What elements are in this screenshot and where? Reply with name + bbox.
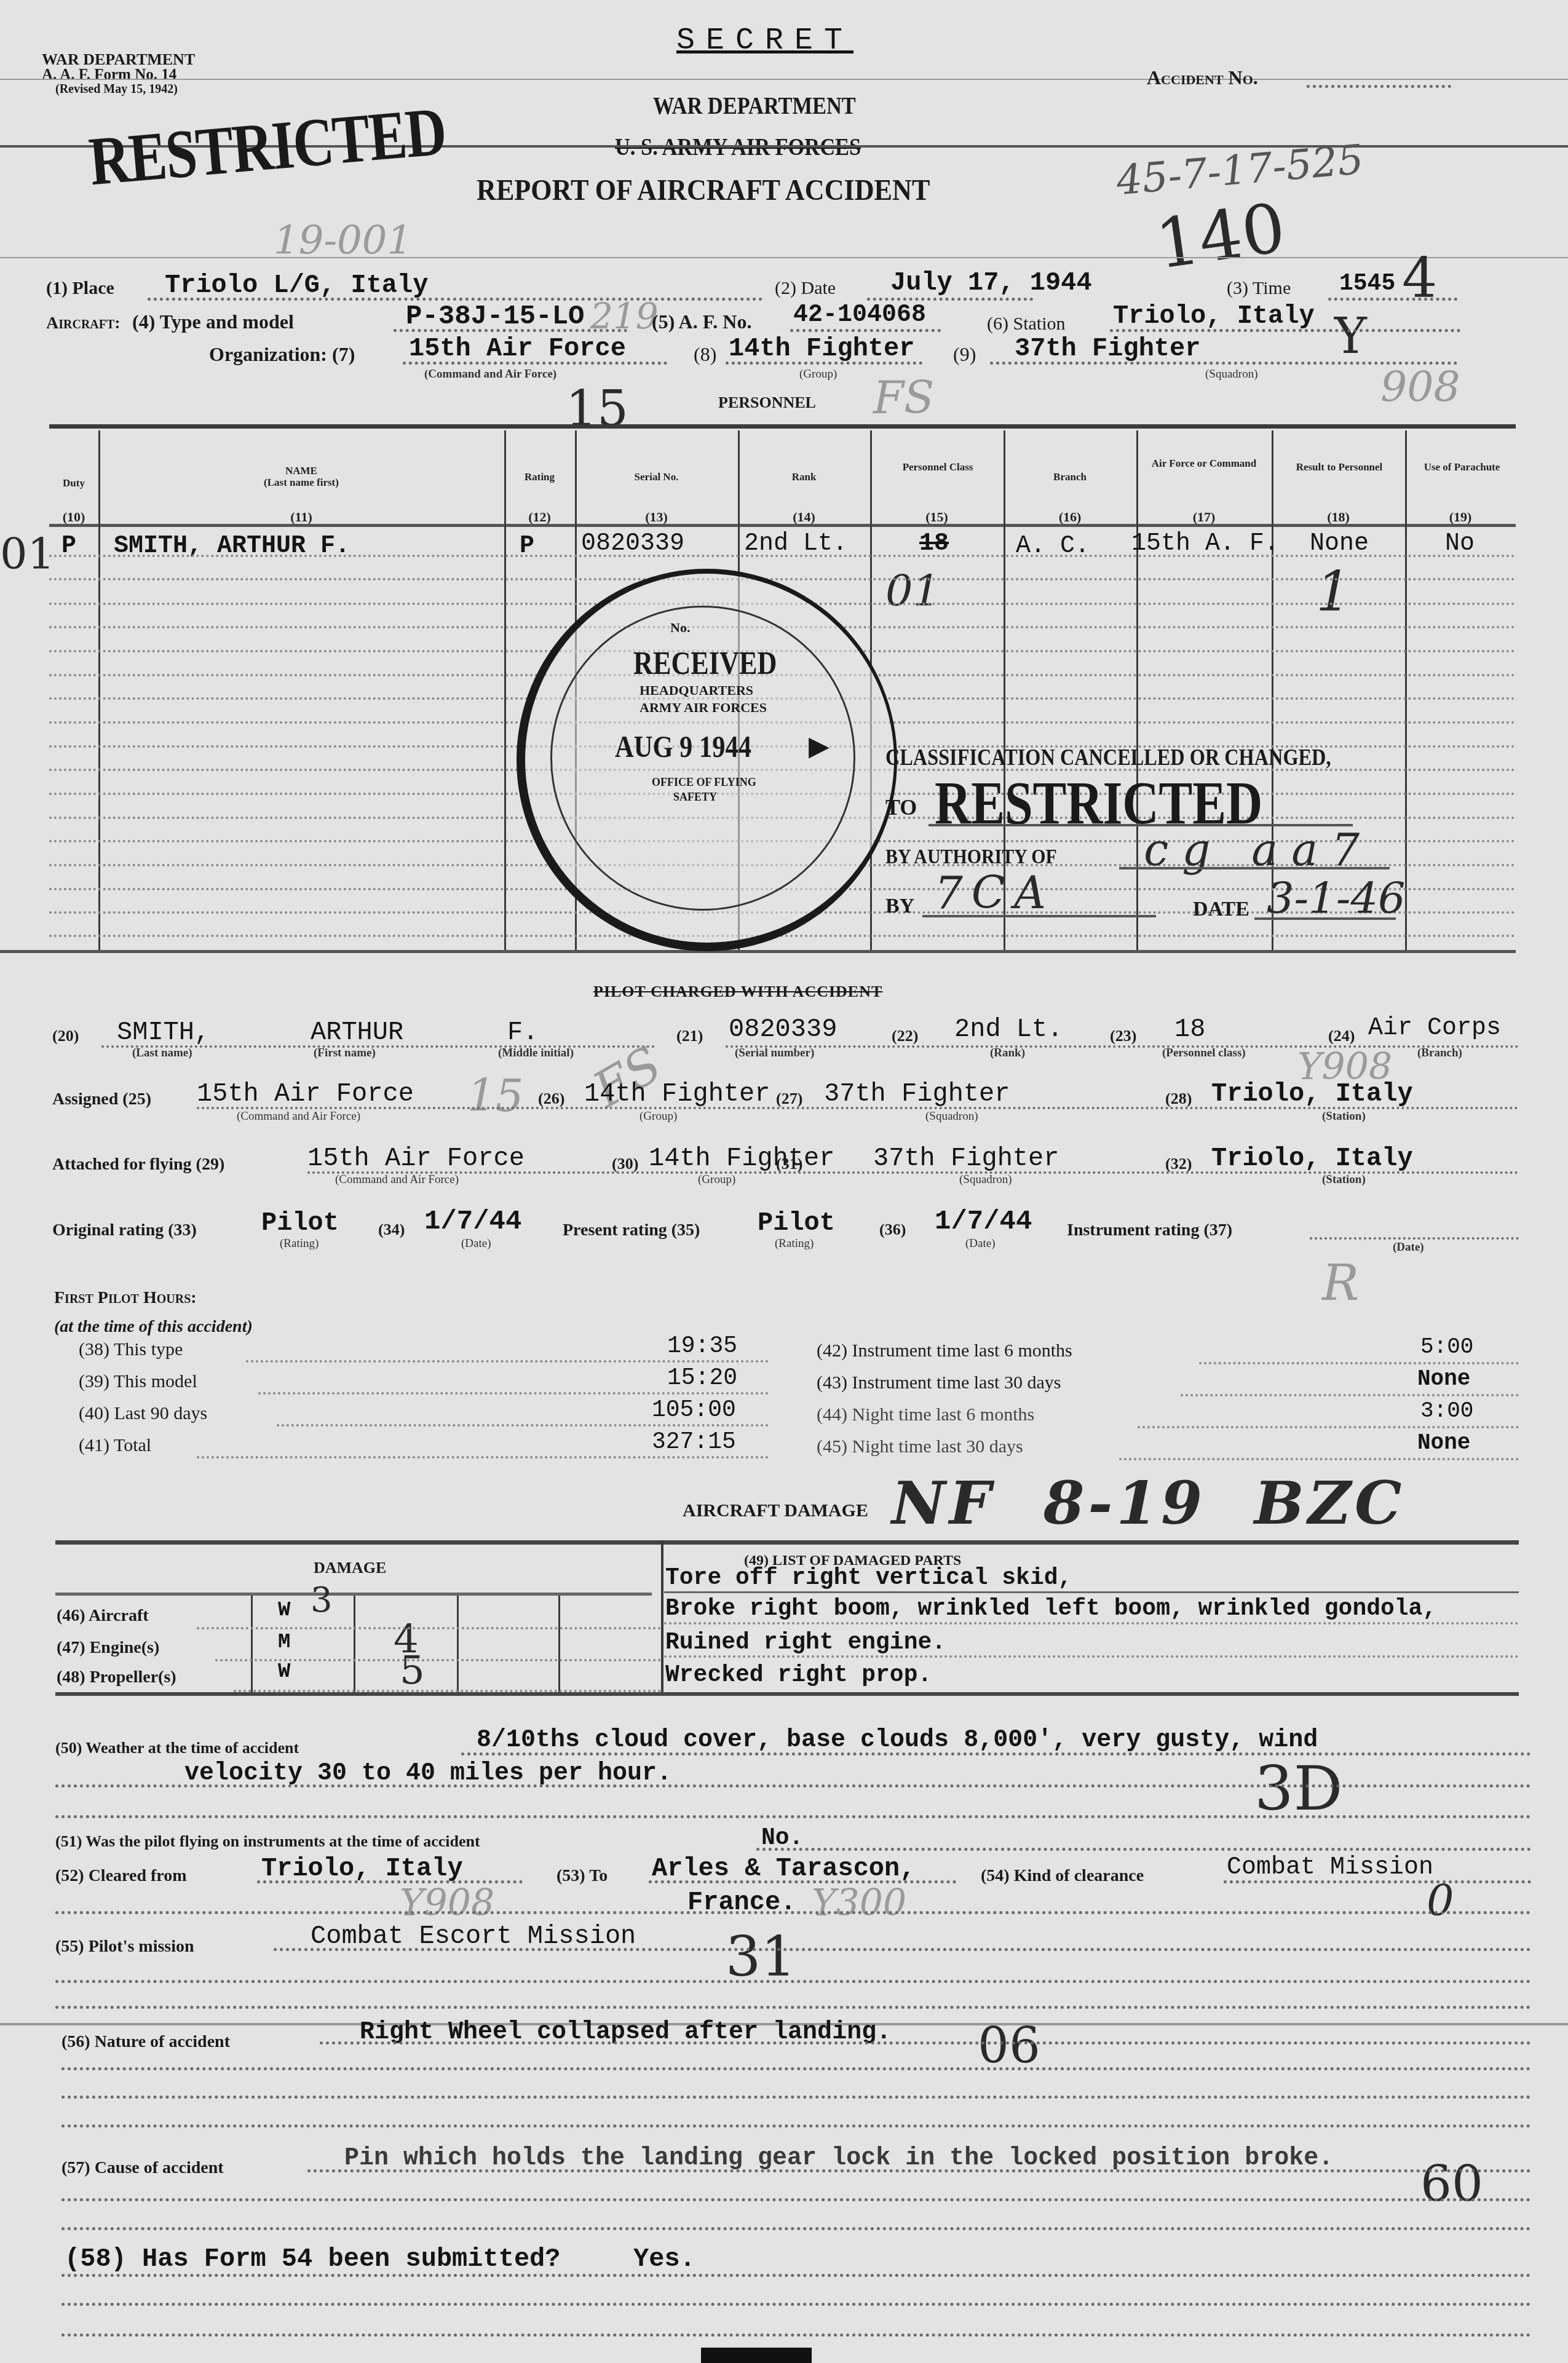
- instruments-field: [756, 1848, 1531, 1851]
- secret-marking: SECRET: [676, 23, 853, 58]
- weather-handwritten-mark: 3D: [1254, 1752, 1343, 1824]
- damage-col-divider: [354, 1596, 355, 1694]
- attached-squadron[interactable]: 37th Fighter: [873, 1144, 1059, 1173]
- personnel-title: PERSONNEL: [718, 394, 816, 412]
- col-header-duty: Duty: [49, 477, 98, 489]
- stamp-no: No.: [670, 620, 690, 636]
- assigned-group-caption: (Group): [639, 1110, 677, 1123]
- hours-instrument-6m-label: (42) Instrument time last 6 months: [817, 1340, 1072, 1361]
- original-rating[interactable]: Pilot: [261, 1208, 339, 1238]
- col-num: (18): [1272, 509, 1405, 525]
- cleared-from-value[interactable]: Triolo, Italy: [261, 1854, 463, 1883]
- bottom-redaction-mark: [701, 2348, 812, 2363]
- cell-parachute: No: [1445, 530, 1475, 558]
- personnel-table-bottom-rule: [0, 950, 1516, 953]
- original-date-caption: (Date): [461, 1237, 491, 1251]
- pilot-middle-caption: (Middle initial): [498, 1047, 574, 1060]
- cause-line-3: [61, 2227, 1531, 2230]
- col-num: (13): [575, 509, 738, 525]
- pilot-n23: (23): [1110, 1027, 1136, 1045]
- organization-command-value[interactable]: 15th Air Force: [409, 334, 626, 363]
- nature-line-4: [61, 2124, 1531, 2127]
- damaged-part-item: Broke right boom, wrinkled left boom, wr…: [665, 1596, 1436, 1622]
- assigned-station-label: (28): [1165, 1090, 1192, 1108]
- instrument-rating-field: [1310, 1237, 1519, 1240]
- col-num: (19): [1405, 509, 1516, 525]
- original-rating-caption: (Rating): [280, 1237, 319, 1251]
- form-revised: (Revised May 15, 1942): [55, 82, 178, 97]
- class-handwritten-mark: 01: [885, 566, 940, 616]
- hours-this-type-label: (38) This type: [79, 1339, 183, 1360]
- squadron-label: (9): [953, 343, 976, 366]
- assigned-command-caption: (Command and Air Force): [237, 1110, 360, 1123]
- clearance-label: (54) Kind of clearance: [981, 1866, 1144, 1886]
- station-handwritten-mark: Y: [1334, 307, 1367, 365]
- pilot-middle-initial[interactable]: F.: [507, 1018, 538, 1047]
- hours-line: [246, 1360, 769, 1363]
- hours-line: [258, 1392, 769, 1395]
- attached-label: Attached for flying (29): [52, 1155, 224, 1174]
- row-line: [49, 578, 1516, 580]
- hours-line: [197, 1456, 769, 1459]
- assigned-squadron-label: (27): [776, 1090, 802, 1108]
- group-label: (8): [694, 343, 716, 366]
- row-line: [49, 555, 1516, 557]
- weather-line-2[interactable]: velocity 30 to 40 miles per hour.: [184, 1760, 671, 1787]
- squadron-value[interactable]: 37th Fighter: [1015, 334, 1200, 363]
- organization-label: Organization: (7): [209, 343, 355, 366]
- restricted-stamp: RESTRICTED: [86, 92, 449, 202]
- date-value[interactable]: July 17, 1944: [890, 268, 1092, 298]
- date-label: (2) Date: [775, 278, 836, 299]
- pilot-section-title: PILOT CHARGED WITH ACCIDENT: [593, 983, 882, 1001]
- present-date-caption: (Date): [965, 1237, 996, 1251]
- classification-date-value[interactable]: 3-1-46: [1267, 873, 1405, 924]
- parts-line: [664, 1655, 1519, 1658]
- classification-date-label: DATE: [1193, 898, 1249, 921]
- accident-number-field[interactable]: [1307, 85, 1451, 88]
- pilot-n21: (21): [676, 1027, 703, 1045]
- pilot-rank-caption: (Rank): [990, 1047, 1025, 1060]
- hours-handwritten-r: R: [1322, 1254, 1359, 1312]
- hours-total-value[interactable]: 327:15: [652, 1429, 736, 1455]
- present-rating-caption: (Rating): [775, 1237, 814, 1251]
- col-num: (17): [1136, 509, 1272, 525]
- nature-handwritten-mark: 06: [978, 2017, 1040, 2074]
- nature-label: (56) Nature of accident: [61, 2032, 230, 2052]
- assigned-label: Assigned (25): [52, 1090, 151, 1109]
- assigned-group-label: (26): [538, 1090, 564, 1108]
- hours-instrument-30d-label: (43) Instrument time last 30 days: [817, 1372, 1061, 1393]
- form-number: A. A. F. Form No. 14: [42, 66, 176, 84]
- pilot-n22: (22): [892, 1027, 918, 1045]
- cause-value[interactable]: Pin which holds the landing gear lock in…: [344, 2145, 1333, 2172]
- group-caption: (Group): [799, 368, 837, 381]
- cell-result: None: [1310, 530, 1369, 558]
- header-rule-3: [0, 257, 1568, 258]
- damage-aircraft-code: W: [278, 1599, 290, 1622]
- nature-line-2: [61, 2067, 1531, 2070]
- afno-label: (5) A. F. No.: [652, 311, 751, 333]
- attached-squadron-label: (31): [776, 1155, 802, 1173]
- damage-top-rule: [55, 1540, 1519, 1545]
- pilot-serial[interactable]: 0820339: [729, 1015, 837, 1044]
- hours-night-6m-label: (44) Night time last 6 months: [817, 1404, 1034, 1425]
- pilot-branch-caption: (Branch): [1417, 1047, 1462, 1060]
- organization-command-caption: (Command and Air Force): [424, 368, 556, 381]
- parts-line: [664, 1622, 1519, 1625]
- pilot-serial-caption: (Serial number): [735, 1047, 814, 1060]
- pilot-class-caption: (Personnel class): [1162, 1047, 1246, 1060]
- attached-squadron-caption: (Squadron): [959, 1173, 1012, 1187]
- destination-label: (53) To: [556, 1866, 608, 1886]
- type-value[interactable]: P-38J-15-LO: [406, 301, 584, 332]
- col-header-branch: Branch: [1004, 471, 1136, 483]
- col-divider: [504, 430, 506, 950]
- place-value[interactable]: Triolo L/G, Italy: [165, 271, 428, 300]
- weather-field: [461, 1752, 1531, 1755]
- stamp-office: OFFICE OF FLYING: [652, 776, 756, 789]
- hours-this-type-value[interactable]: 19:35: [667, 1333, 737, 1360]
- damage-row-line: [197, 1627, 661, 1629]
- hours-subtitle: (at the time of this accident): [54, 1317, 253, 1337]
- type-field: [394, 329, 627, 332]
- assigned-squadron[interactable]: 37th Fighter: [824, 1079, 1010, 1109]
- time-field: [1328, 298, 1457, 301]
- mission-line-3: [55, 2006, 1531, 2009]
- mission-value[interactable]: Combat Escort Mission: [311, 1922, 636, 1951]
- damage-col-divider: [251, 1596, 253, 1694]
- damage-aircraft-mark: 3: [311, 1580, 333, 1620]
- hours-line: [1119, 1458, 1519, 1460]
- header-rule-1: [0, 79, 1568, 80]
- nature-line-3: [61, 2096, 1531, 2099]
- attached-station[interactable]: Triolo, Italy: [1211, 1144, 1413, 1173]
- hours-title: First Pilot Hours:: [54, 1288, 197, 1308]
- assigned-group[interactable]: 14th Fighter: [584, 1079, 770, 1109]
- destination-field: [649, 1880, 956, 1883]
- col-header-parachute: Use of Parachute: [1408, 461, 1516, 473]
- group-field: [726, 362, 922, 365]
- hours-line: [1138, 1426, 1519, 1428]
- clearance-field: [1224, 1880, 1531, 1883]
- damage-parts-divider: [661, 1540, 663, 1694]
- nature-field: [320, 2041, 1531, 2044]
- col-header-result: Result to Personnel: [1278, 461, 1401, 473]
- attached-group[interactable]: 14th Fighter: [649, 1144, 834, 1173]
- instrument-rating-label: Instrument rating (37): [1067, 1221, 1232, 1240]
- mission-line-2: [55, 1980, 1531, 1983]
- assigned-handwritten-15: 15: [467, 1070, 524, 1122]
- col-num: (16): [1004, 509, 1136, 525]
- place-label: (1) Place: [46, 278, 114, 299]
- col-num: (14): [738, 509, 870, 525]
- cause-label: (57) Cause of accident: [61, 2158, 224, 2178]
- result-handwritten-mark: 1: [1316, 560, 1351, 624]
- pilot-n20: (20): [52, 1027, 79, 1045]
- damage-aircraft-label: (46) Aircraft: [57, 1606, 149, 1626]
- cleared-from-label: (52) Cleared from: [55, 1866, 187, 1886]
- attached-station-label: (32): [1165, 1155, 1192, 1173]
- damaged-part-item: Wrecked right prop.: [665, 1662, 932, 1688]
- afno-field: [790, 329, 941, 332]
- handwritten-fs: FS: [873, 372, 934, 424]
- authority-underline: [1119, 867, 1390, 869]
- cause-field: [307, 2169, 1531, 2172]
- damage-propeller-code: W: [278, 1660, 290, 1684]
- stamp-date: AUG 9 1944: [615, 729, 751, 764]
- squadron-caption: (Squadron): [1205, 368, 1257, 381]
- damage-propeller-label: (48) Propeller(s): [57, 1668, 176, 1687]
- present-rating-label: Present rating (35): [563, 1221, 700, 1240]
- damaged-part-item: Ruined right engine.: [665, 1629, 946, 1656]
- pilot-first-name[interactable]: ARTHUR: [311, 1018, 403, 1047]
- hours-this-model-label: (39) This model: [79, 1371, 197, 1392]
- damage-table-title: DAMAGE: [314, 1559, 386, 1577]
- hours-total-label: (41) Total: [79, 1435, 151, 1456]
- pilot-last-name[interactable]: SMITH,: [117, 1018, 210, 1047]
- accident-number-label: Accident No.: [1147, 66, 1258, 89]
- damage-row-line: [234, 1690, 661, 1692]
- col-header-class: Personnel Class: [879, 461, 996, 473]
- col-divider: [1136, 430, 1138, 950]
- weather-label: (50) Weather at the time of accident: [55, 1739, 299, 1757]
- form54-line-2: [61, 2303, 1531, 2306]
- department-title: WAR DEPARTMENT: [653, 91, 856, 120]
- attached-station-caption: (Station): [1322, 1173, 1366, 1187]
- parts-line: [664, 1591, 1519, 1593]
- handwritten-15: 15: [566, 380, 628, 437]
- damage-engine-code: M: [278, 1631, 290, 1654]
- pilot-branch[interactable]: Air Corps: [1368, 1015, 1501, 1042]
- attached-command-caption: (Command and Air Force): [335, 1173, 459, 1187]
- report-title: REPORT OF AIRCRAFT ACCIDENT: [477, 173, 930, 207]
- handwritten-908: 908: [1380, 363, 1460, 411]
- weather-field: [55, 1784, 1531, 1787]
- cleared-handwritten-mark: Y908: [400, 1882, 494, 1925]
- by-underline: [922, 915, 1156, 917]
- cell-serial: 0820339: [581, 530, 684, 558]
- hours-line: [1181, 1394, 1519, 1396]
- pilot-last-caption: (Last name): [132, 1047, 192, 1060]
- pilot-serial-field: [726, 1045, 1519, 1048]
- mission-label: (55) Pilot's mission: [55, 1937, 194, 1957]
- original-date-label: (34): [378, 1221, 405, 1239]
- hours-night-30d-label: (45) Night time last 30 days: [817, 1436, 1023, 1457]
- form54-line-3: [61, 2333, 1531, 2337]
- hours-night-6m-value[interactable]: 3:00: [1420, 1398, 1473, 1423]
- pilot-name-field: [101, 1045, 655, 1048]
- hours-instrument-30d-value[interactable]: None: [1417, 1366, 1470, 1391]
- instrument-rating-caption: (Date): [1393, 1241, 1424, 1254]
- stamp-arrow-icon: ▶: [809, 730, 830, 762]
- assigned-station[interactable]: Triolo, Italy: [1211, 1079, 1413, 1109]
- assigned-command[interactable]: 15th Air Force: [197, 1079, 414, 1109]
- weather-field: [55, 1815, 1531, 1818]
- damage-row-line: [215, 1659, 661, 1661]
- assigned-field: [197, 1107, 1519, 1109]
- cause-line-2: [61, 2198, 1531, 2201]
- col-divider: [1405, 430, 1407, 950]
- by-label: BY: [885, 895, 914, 918]
- hours-night-30d-value[interactable]: None: [1417, 1430, 1470, 1455]
- authority-label: BY AUTHORITY OF: [885, 845, 1057, 869]
- aircraft-damage-label: AIRCRAFT DAMAGE: [683, 1500, 868, 1521]
- col-header-serial: Serial No.: [575, 471, 738, 483]
- classification-to-label: TO: [885, 794, 917, 820]
- present-rating[interactable]: Pilot: [758, 1208, 835, 1238]
- col-header-rating: Rating: [504, 471, 575, 483]
- assigned-squadron-caption: (Squadron): [925, 1110, 978, 1123]
- cell-command: 15th A. F.: [1131, 530, 1279, 558]
- pilot-n24: (24): [1328, 1027, 1355, 1045]
- damage-engine-label: (47) Engine(s): [57, 1638, 159, 1658]
- type-label: (4) Type and model: [132, 311, 294, 333]
- damage-col-divider: [457, 1596, 459, 1694]
- original-date[interactable]: 1/7/44: [424, 1206, 521, 1237]
- hours-instrument-6m-value[interactable]: 5:00: [1420, 1334, 1473, 1360]
- instruments-label: (51) Was the pilot flying on instruments…: [55, 1832, 480, 1851]
- damage-propeller-mark: 5: [400, 1648, 425, 1693]
- station-field: [1110, 329, 1460, 332]
- station-label: (6) Station: [987, 314, 1066, 334]
- col-num: (10): [49, 509, 98, 525]
- damaged-part-item: Tore off right vertical skid,: [665, 1565, 1072, 1591]
- afno-value[interactable]: 42-104068: [793, 301, 926, 329]
- col-header-name: NAME (Last name first): [98, 465, 504, 488]
- time-value[interactable]: 1545: [1339, 271, 1395, 297]
- hours-last-90-label: (40) Last 90 days: [79, 1403, 207, 1424]
- present-date[interactable]: 1/7/44: [935, 1206, 1032, 1237]
- attached-group-caption: (Group): [698, 1173, 735, 1187]
- pilot-rank[interactable]: 2nd Lt.: [954, 1015, 1063, 1044]
- damage-col-divider: [558, 1596, 560, 1694]
- col-divider: [98, 430, 100, 950]
- assigned-station-caption: (Station): [1322, 1110, 1366, 1123]
- stamp-safety: SAFETY: [673, 791, 717, 804]
- col-header-command: Air Force or Command: [1142, 457, 1265, 469]
- by-value[interactable]: 7CA: [935, 867, 1055, 919]
- clearance-value[interactable]: Combat Mission: [1227, 1854, 1433, 1882]
- form54-label: (58) Has Form 54 been submitted?: [65, 2244, 561, 2274]
- col-num: (15): [870, 509, 1004, 525]
- place-field: [148, 298, 762, 301]
- time-label: (3) Time: [1227, 278, 1291, 299]
- mission-field: [274, 1948, 1531, 1951]
- hours-line: [1199, 1362, 1519, 1364]
- pilot-class[interactable]: 18: [1174, 1015, 1205, 1044]
- destination-handwritten-mark: Y300: [812, 1882, 906, 1925]
- original-rating-label: Original rating (33): [52, 1221, 197, 1240]
- station-value[interactable]: Triolo, Italy: [1113, 301, 1315, 331]
- destination-value-1[interactable]: Arles & Tarascon,: [652, 1854, 915, 1883]
- cause-handwritten-mark: 60: [1420, 2155, 1483, 2212]
- weather-line-1[interactable]: 8/10ths cloud cover, base clouds 8,000',…: [477, 1727, 1318, 1754]
- col-num: (12): [504, 509, 575, 525]
- hours-this-model-value[interactable]: 15:20: [667, 1365, 737, 1391]
- stamp-headquarters: HEADQUARTERS: [639, 683, 753, 699]
- date-field: [867, 298, 1033, 301]
- stamp-received: RECEIVED: [633, 646, 777, 682]
- organization-command-field: [403, 362, 667, 365]
- attached-command[interactable]: 15th Air Force: [307, 1144, 525, 1173]
- pilot-first-caption: (First name): [314, 1047, 376, 1060]
- present-date-label: (36): [879, 1221, 906, 1239]
- col-num: (11): [98, 509, 504, 525]
- hours-line: [277, 1424, 769, 1427]
- damage-bottom-rule: [55, 1692, 1519, 1696]
- cell-rank: 2nd Lt.: [744, 530, 847, 558]
- stamp-aaf: ARMY AIR FORCES: [639, 700, 767, 716]
- classification-date-underline: [1254, 917, 1396, 920]
- col-header-rank: Rank: [738, 471, 870, 483]
- hours-last-90-value[interactable]: 105:00: [652, 1397, 736, 1423]
- personnel-table-top-rule: [49, 424, 1516, 429]
- time-handwritten-mark: 4: [1402, 246, 1437, 311]
- form54-field: [61, 2274, 1531, 2277]
- aircraft-label: Aircraft:: [46, 314, 121, 333]
- form54-value[interactable]: Yes.: [633, 2244, 695, 2274]
- handwritten-number: 140: [1151, 188, 1290, 284]
- attached-group-label: (30): [612, 1155, 638, 1173]
- attached-field: [307, 1171, 1519, 1174]
- aircraft-damage-handwritten: NF 8-19 BZC: [892, 1468, 1405, 1538]
- margin-mark: 01: [0, 529, 55, 579]
- group-value[interactable]: 14th Fighter: [729, 334, 914, 363]
- destination-line-2: [55, 1911, 1531, 1914]
- cell-class: 18: [919, 530, 949, 558]
